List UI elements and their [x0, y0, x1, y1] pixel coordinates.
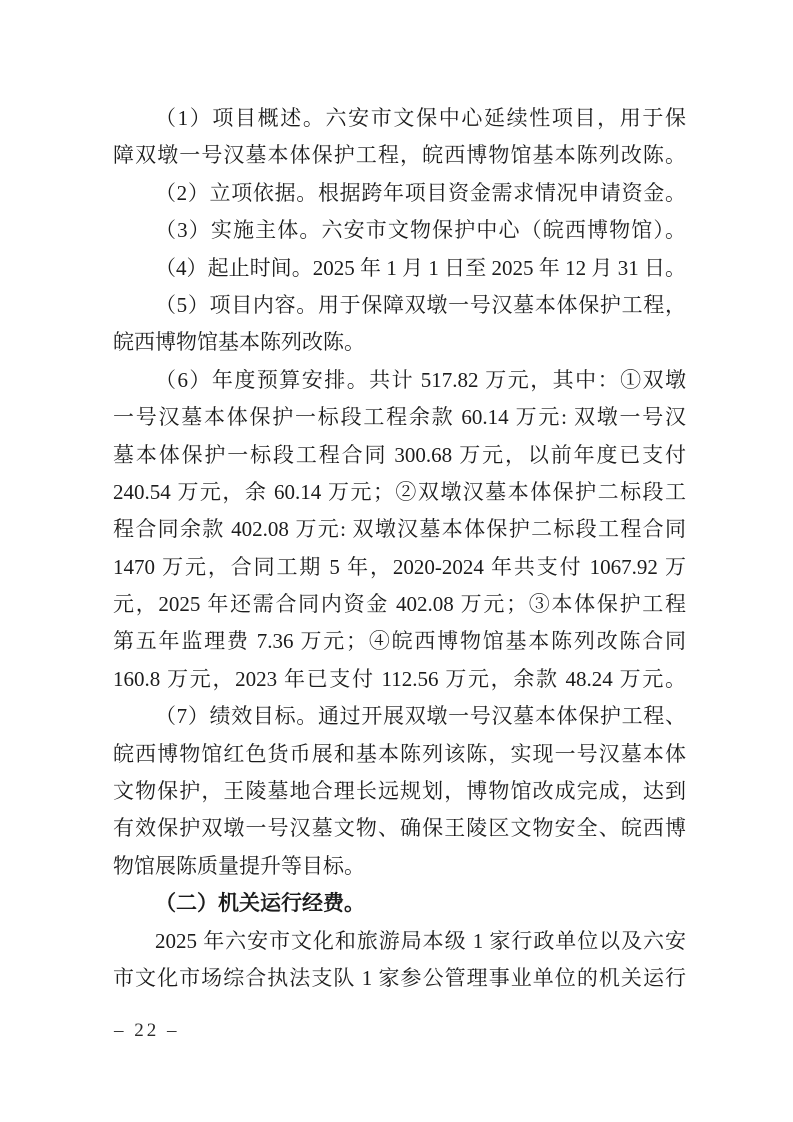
- text-line: （7）绩效目标。通过开展双墩一号汉墓本体保护工程、: [113, 698, 686, 735]
- text-line: 市文化市场综合执法支队 1 家参公管理事业单位的机关运行: [113, 960, 686, 997]
- text-line: （5）项目内容。用于保障双墩一号汉墓本体保护工程，: [113, 287, 686, 324]
- text-line: 障双墩一号汉墓本体保护工程，皖西博物馆基本陈列改陈。: [113, 137, 686, 174]
- text-line: 皖西博物馆红色货币展和基本陈列该陈，实现一号汉墓本体: [113, 736, 686, 773]
- page-number: – 22 –: [114, 1019, 180, 1043]
- section-heading: （二）机关运行经费。: [113, 885, 686, 922]
- text-line: 皖西博物馆基本陈列改陈。: [113, 324, 686, 361]
- text-line: 第五年监理费 7.36 万元；④皖西博物馆基本陈列改陈合同: [113, 623, 686, 660]
- document-page: （1）项目概述。六安市文保中心延续性项目，用于保 障双墩一号汉墓本体保护工程，皖…: [0, 0, 793, 1122]
- text-line: 程合同余款 402.08 万元: 双墩汉墓本体保护二标段工程合同: [113, 511, 686, 548]
- text-line: 元，2025 年还需合同内资金 402.08 万元；③本体保护工程: [113, 586, 686, 623]
- text-line: （6）年度预算安排。共计 517.82 万元，其中：①双墩: [113, 362, 686, 399]
- text-line: 文物保护，王陵墓地合理长远规划，博物馆改成完成，达到: [113, 773, 686, 810]
- text-line: 物馆展陈质量提升等目标。: [113, 848, 686, 885]
- text-line: 墓本体保护一标段工程合同 300.68 万元，以前年度已支付: [113, 437, 686, 474]
- text-line: 240.54 万元，余 60.14 万元；②双墩汉墓本体保护二标段工: [113, 474, 686, 511]
- text-line: 160.8 万元，2023 年已支付 112.56 万元，余款 48.24 万元…: [113, 661, 686, 698]
- text-line: 一号汉墓本体保护一标段工程余款 60.14 万元: 双墩一号汉: [113, 399, 686, 436]
- text-line: 1470 万元，合同工期 5 年，2020-2024 年共支付 1067.92 …: [113, 549, 686, 586]
- text-line: （3）实施主体。六安市文物保护中心（皖西博物馆）。: [113, 212, 686, 249]
- text-line: （1）项目概述。六安市文保中心延续性项目，用于保: [113, 100, 686, 137]
- text-line: （2）立项依据。根据跨年项目资金需求情况申请资金。: [113, 175, 686, 212]
- text-line: 有效保护双墩一号汉墓文物、确保王陵区文物安全、皖西博: [113, 810, 686, 847]
- text-line: （4）起止时间。2025 年 1 月 1 日至 2025 年 12 月 31 日…: [113, 250, 686, 287]
- document-body: （1）项目概述。六安市文保中心延续性项目，用于保 障双墩一号汉墓本体保护工程，皖…: [113, 100, 686, 997]
- text-line: 2025 年六安市文化和旅游局本级 1 家行政单位以及六安: [113, 923, 686, 960]
